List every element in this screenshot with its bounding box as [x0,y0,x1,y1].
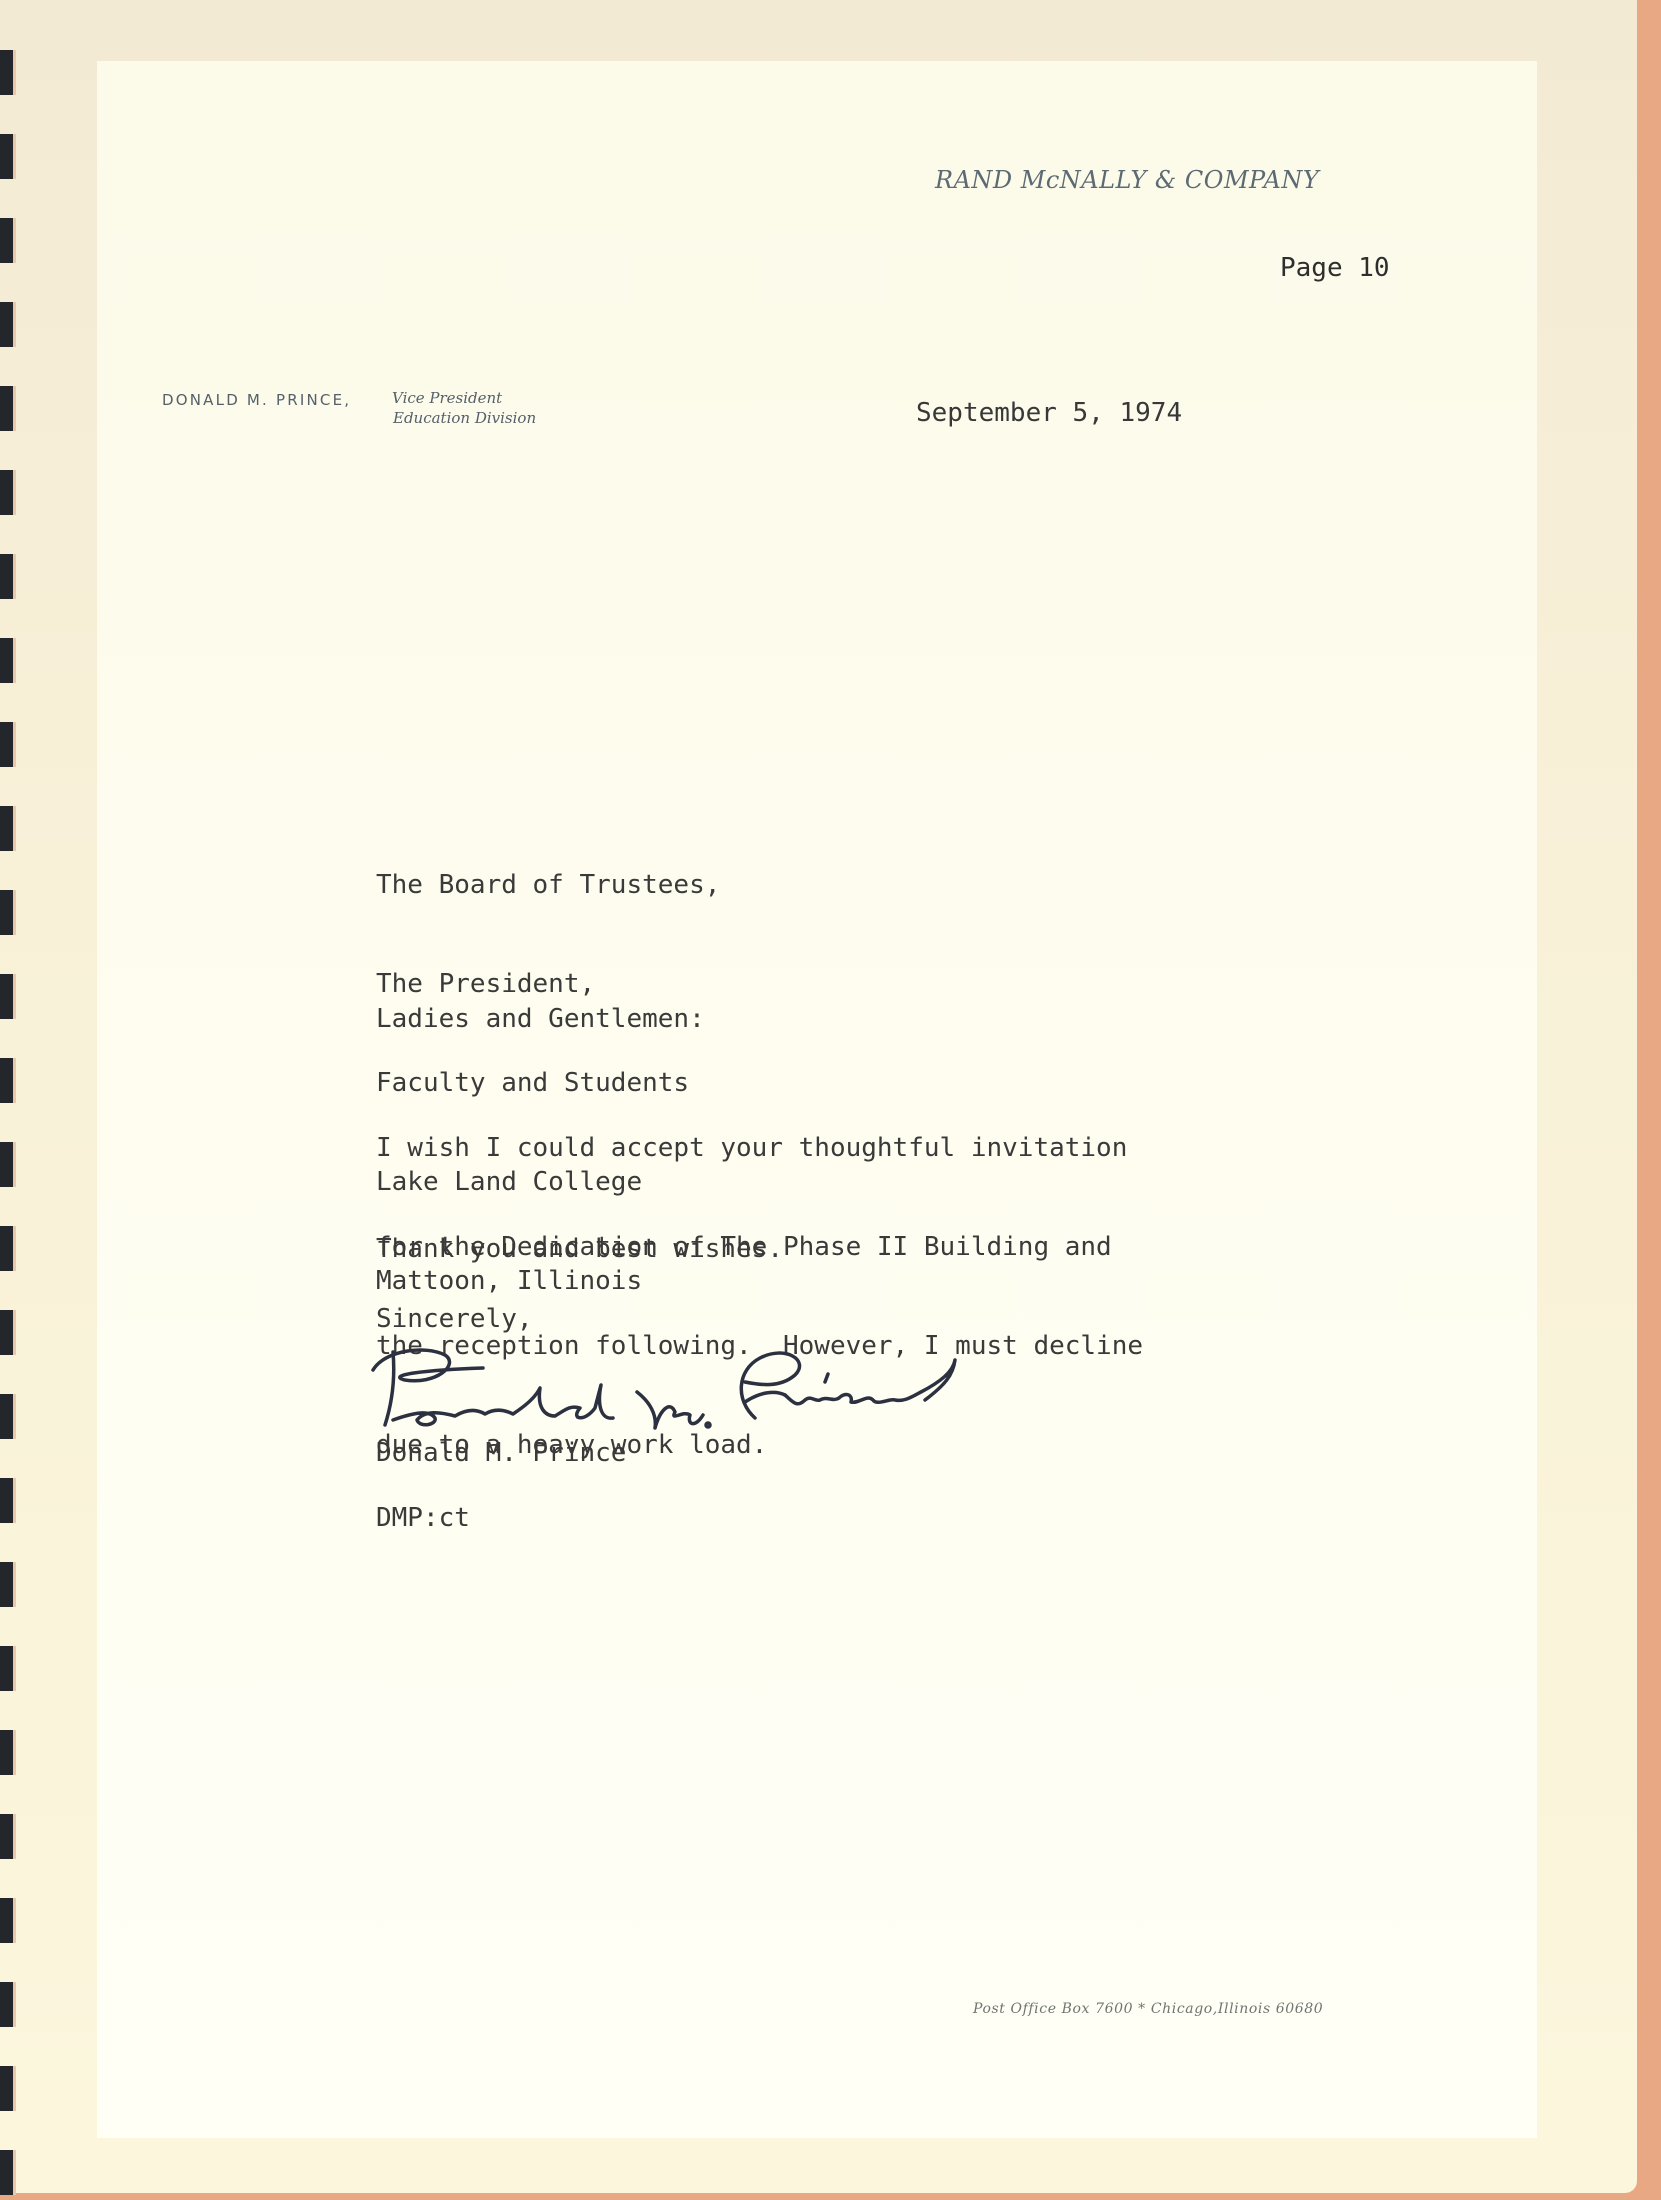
binding-hole [0,1562,16,1607]
reference-initials: DMP:ct [376,1502,470,1535]
binding-hole [0,2150,16,2195]
binding-hole [0,638,16,683]
binding-hole [0,890,16,935]
binding-hole [0,50,16,95]
binding-hole [0,302,16,347]
binding-hole [0,1142,16,1187]
address-line: The Board of Trustees, [376,869,720,902]
sender-title: Vice President Education Division [392,388,536,428]
binding-hole [0,386,16,431]
salutation: Ladies and Gentlemen: [376,1003,705,1036]
binding-hole [0,722,16,767]
binding-hole [0,1814,16,1859]
binding-hole [0,2066,16,2111]
sender-title-line: Vice President [392,388,536,408]
letter-date: September 5, 1974 [916,398,1182,428]
sender-division-line: Education Division [392,408,536,428]
binding-hole [0,218,16,263]
binding-hole [0,1310,16,1355]
thanks-line: Thank you and best wishes. [376,1233,783,1266]
body-line: I wish I could accept your thoughtful in… [376,1132,1143,1165]
address-line: The President, [376,968,720,1001]
binding-hole [0,134,16,179]
binding-hole [0,470,16,515]
binding-hole [0,554,16,599]
binding-hole [0,806,16,851]
signer-name: Donald M. Prince [376,1437,626,1470]
binding-hole [0,1478,16,1523]
binding-hole [0,1982,16,2027]
binding-hole [0,1646,16,1691]
signature-icon [365,1330,985,1450]
footer-address: Post Office Box 7600 * Chicago,Illinois … [973,2001,1323,2017]
binding-hole [0,1730,16,1775]
binding-hole [0,974,16,1019]
company-letterhead: RAND McNALLY & COMPANY [935,166,1319,194]
binding-hole [0,1226,16,1271]
sender-name: DONALD M. PRINCE, [162,391,351,409]
page-number: Page 10 [1280,253,1390,283]
binding-hole [0,1394,16,1439]
binding-hole [0,1898,16,1943]
binding-hole [0,1058,16,1103]
